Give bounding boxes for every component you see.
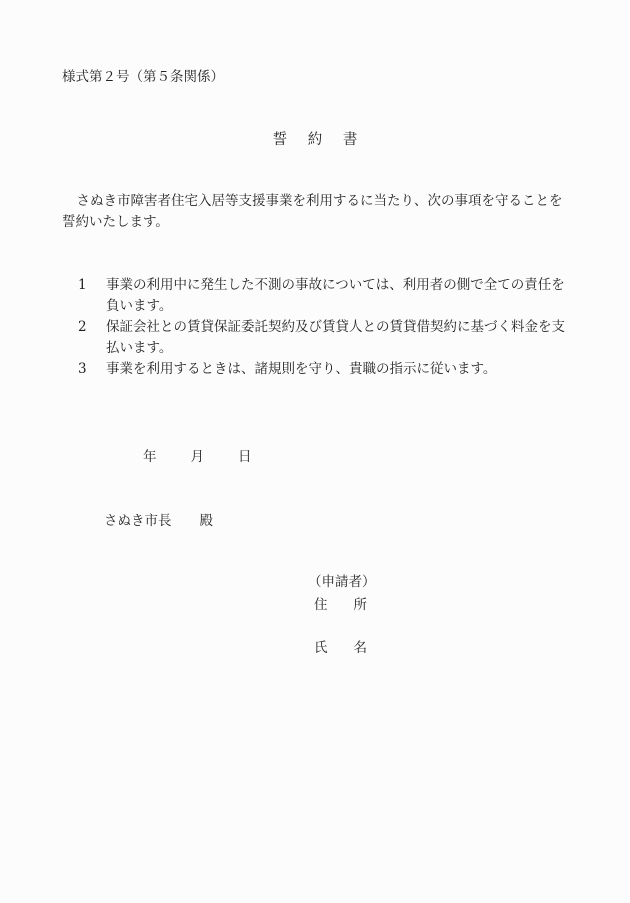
form-number: 様式第２号（第５条関係） xyxy=(62,65,224,85)
pledge-list: 1 事業の利用中に発生した不測の事故については、利用者の側で全ての責任を 負いま… xyxy=(62,275,572,380)
date-year: 年 xyxy=(143,445,157,465)
item-line: 事業を利用するときは、諸規則を守り、貴職の指示に従います。 xyxy=(106,359,572,380)
item-number: 1 xyxy=(62,275,106,317)
addressee-honorific: 殿 xyxy=(200,513,214,529)
name-label: 氏名 xyxy=(314,636,367,656)
item-line: 保証会社との賃貸保証委託契約及び賃貸人との賃貸借契約に基づく料金を支 xyxy=(106,317,572,338)
item-text: 事業を利用するときは、諸規則を守り、貴職の指示に従います。 xyxy=(106,359,572,380)
item-text: 事業の利用中に発生した不測の事故については、利用者の側で全ての責任を 負います。 xyxy=(106,275,572,317)
title-char: 約 xyxy=(308,128,323,149)
pledge-item: 3 事業を利用するときは、諸規則を守り、貴職の指示に従います。 xyxy=(62,359,572,380)
item-line: 事業の利用中に発生した不測の事故については、利用者の側で全ての責任を xyxy=(106,275,572,296)
label-char: 名 xyxy=(354,640,368,656)
pledge-item: 2 保証会社との賃貸保証委託契約及び賃貸人との賃貸借契約に基づく料金を支 払いま… xyxy=(62,317,572,359)
label-char: 氏 xyxy=(314,640,328,656)
pledge-item: 1 事業の利用中に発生した不測の事故については、利用者の側で全ての責任を 負いま… xyxy=(62,275,572,317)
label-char: 住 xyxy=(314,597,328,613)
intro-paragraph: さぬき市障害者住宅入居等支援事業を利用するに当たり、次の事項を守ることを誓約いた… xyxy=(62,191,572,233)
item-line: 負います。 xyxy=(106,298,172,314)
title-char: 書 xyxy=(343,128,358,149)
addressee-name: さぬき市長 xyxy=(104,513,172,529)
item-text: 保証会社との賃貸保証委託契約及び賃貸人との賃貸借契約に基づく料金を支 払います。 xyxy=(106,317,572,359)
title-char: 誓 xyxy=(273,128,288,149)
address-label: 住所 xyxy=(314,593,367,613)
document-title: 誓 約 書 xyxy=(0,128,630,149)
date-field: 年月日 xyxy=(143,445,252,465)
item-number: 3 xyxy=(62,359,106,380)
item-line: 払います。 xyxy=(106,340,172,356)
item-number: 2 xyxy=(62,317,106,359)
addressee: さぬき市長殿 xyxy=(104,509,213,529)
date-month: 月 xyxy=(191,445,205,465)
applicant-heading: （申請者） xyxy=(308,571,376,593)
date-day: 日 xyxy=(238,445,252,465)
label-char: 所 xyxy=(354,597,368,613)
